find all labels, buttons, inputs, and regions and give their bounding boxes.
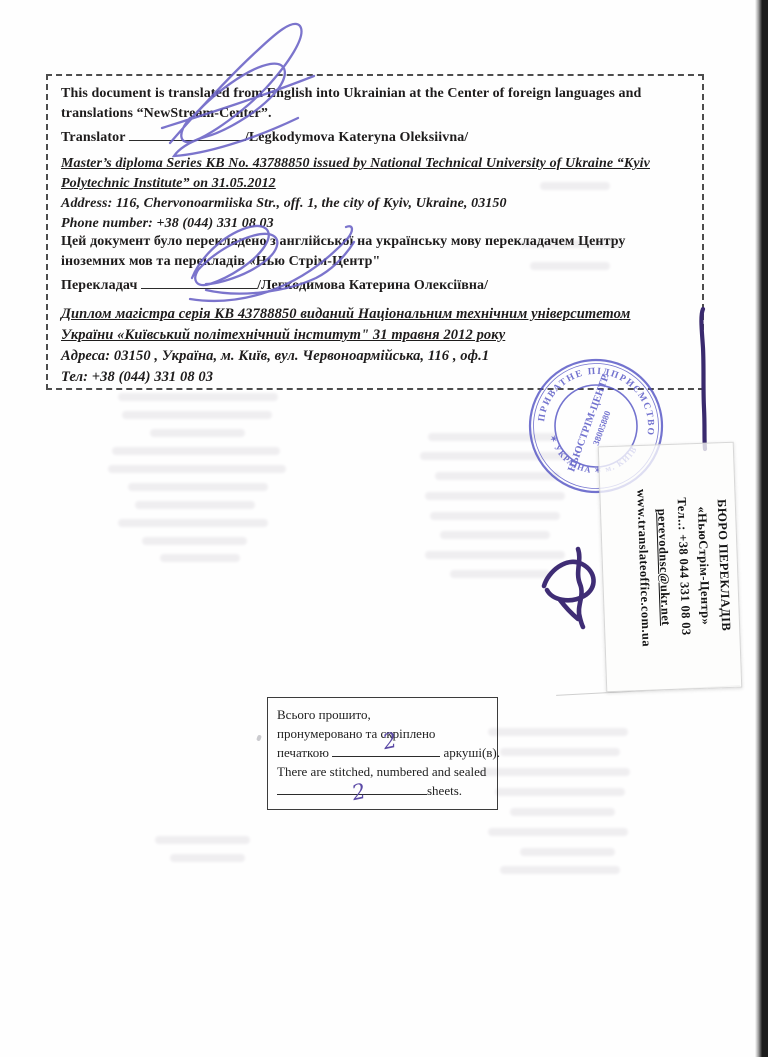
bleed-through-line <box>440 531 550 539</box>
translator-label: Translator <box>61 130 125 145</box>
translator-name: /Legkodymova Kateryna Oleksiivna/ <box>245 130 468 145</box>
stitch-certification-box: Всього прошито, пронумеровано та скріпле… <box>267 697 498 810</box>
text-line: There are stitched, numbered and sealed <box>277 762 488 781</box>
translator-name: /Легкодимова Катерина Олексіївна/ <box>257 278 488 293</box>
address-line: Address: 116, Chervonoarmiiska Str., off… <box>61 194 650 214</box>
bleed-through-line <box>122 411 272 419</box>
translation-bureau-label: БЮРО ПЕРЕКЛАДІВ «НьюСтрім-Центр» Тел..: … <box>598 442 743 693</box>
sheet-count-line-en: sheets. <box>277 781 488 800</box>
ukrainian-intro-paragraph: Цей документ було перекладено з англійсь… <box>61 232 626 296</box>
bleed-through-line <box>495 788 625 796</box>
bleed-through-line <box>520 848 615 856</box>
bleed-through-line <box>430 512 560 520</box>
ink-speck <box>256 734 262 741</box>
sheet-count-line-ua: печаткою аркуші(в). <box>277 743 488 762</box>
english-diploma-paragraph: Master’s diploma Series КВ No. 43788850 … <box>61 154 650 234</box>
phone-line: Phone number: +38 (044) 331 08 03 <box>61 214 650 234</box>
text-line: Цей документ було перекладено з англійсь… <box>61 232 626 252</box>
text-line: translations “NewStream-Center”. <box>61 104 641 124</box>
sheets-label-ua: аркуші(в). <box>443 745 500 760</box>
bleed-through-line <box>170 854 245 862</box>
sheets-label-en: sheets. <box>427 783 462 798</box>
bleed-through-line <box>118 393 278 401</box>
bleed-through-line <box>118 519 268 527</box>
translator-signature-line: Translator /Legkodymova Kateryna Oleksii… <box>61 128 641 148</box>
scanned-document-page: This document is translated from English… <box>0 0 768 1057</box>
bleed-through-line <box>450 570 550 578</box>
bleed-through-line <box>108 465 286 473</box>
translator-signature-line: Перекладач /Легкодимова Катерина Олексії… <box>61 276 626 296</box>
bleed-through-line <box>480 768 630 776</box>
text-line: Polytechnic Institute” on 31.05.2012 <box>61 174 650 194</box>
bleed-through-line <box>155 836 250 844</box>
text-line: Диплом магістра серія КВ 43788850 видани… <box>61 304 630 325</box>
signature-blank-line <box>141 276 257 289</box>
bleed-through-line <box>500 866 620 874</box>
seal-label: печаткою <box>277 745 329 760</box>
english-intro-paragraph: This document is translated from English… <box>61 84 641 148</box>
signature-blank-line <box>129 128 245 141</box>
text-line: Всього прошито, <box>277 705 488 724</box>
bleed-through-line <box>142 537 247 545</box>
text-line: This document is translated from English… <box>61 84 641 104</box>
bleed-through-line <box>488 828 628 836</box>
bleed-through-line <box>500 748 620 756</box>
bleed-through-line <box>135 501 255 509</box>
text-line: іноземних мов та перекладів «Нью Стрім-Ц… <box>61 252 626 272</box>
bleed-through-line <box>160 554 240 562</box>
bleed-through-line <box>510 808 615 816</box>
thread-knot <box>544 549 594 627</box>
scan-edge-shadow <box>755 0 768 1057</box>
bleed-through-line <box>112 447 280 455</box>
bleed-through-line <box>488 728 628 736</box>
translator-label: Перекладач <box>61 278 137 293</box>
label-text-block: БЮРО ПЕРЕКЛАДІВ «НьюСтрім-Центр» Тел..: … <box>602 446 738 688</box>
text-line: Master’s diploma Series КВ No. 43788850 … <box>61 154 650 174</box>
bleed-through-line <box>425 551 565 559</box>
bleed-through-line <box>150 429 245 437</box>
bleed-through-line <box>128 483 268 491</box>
